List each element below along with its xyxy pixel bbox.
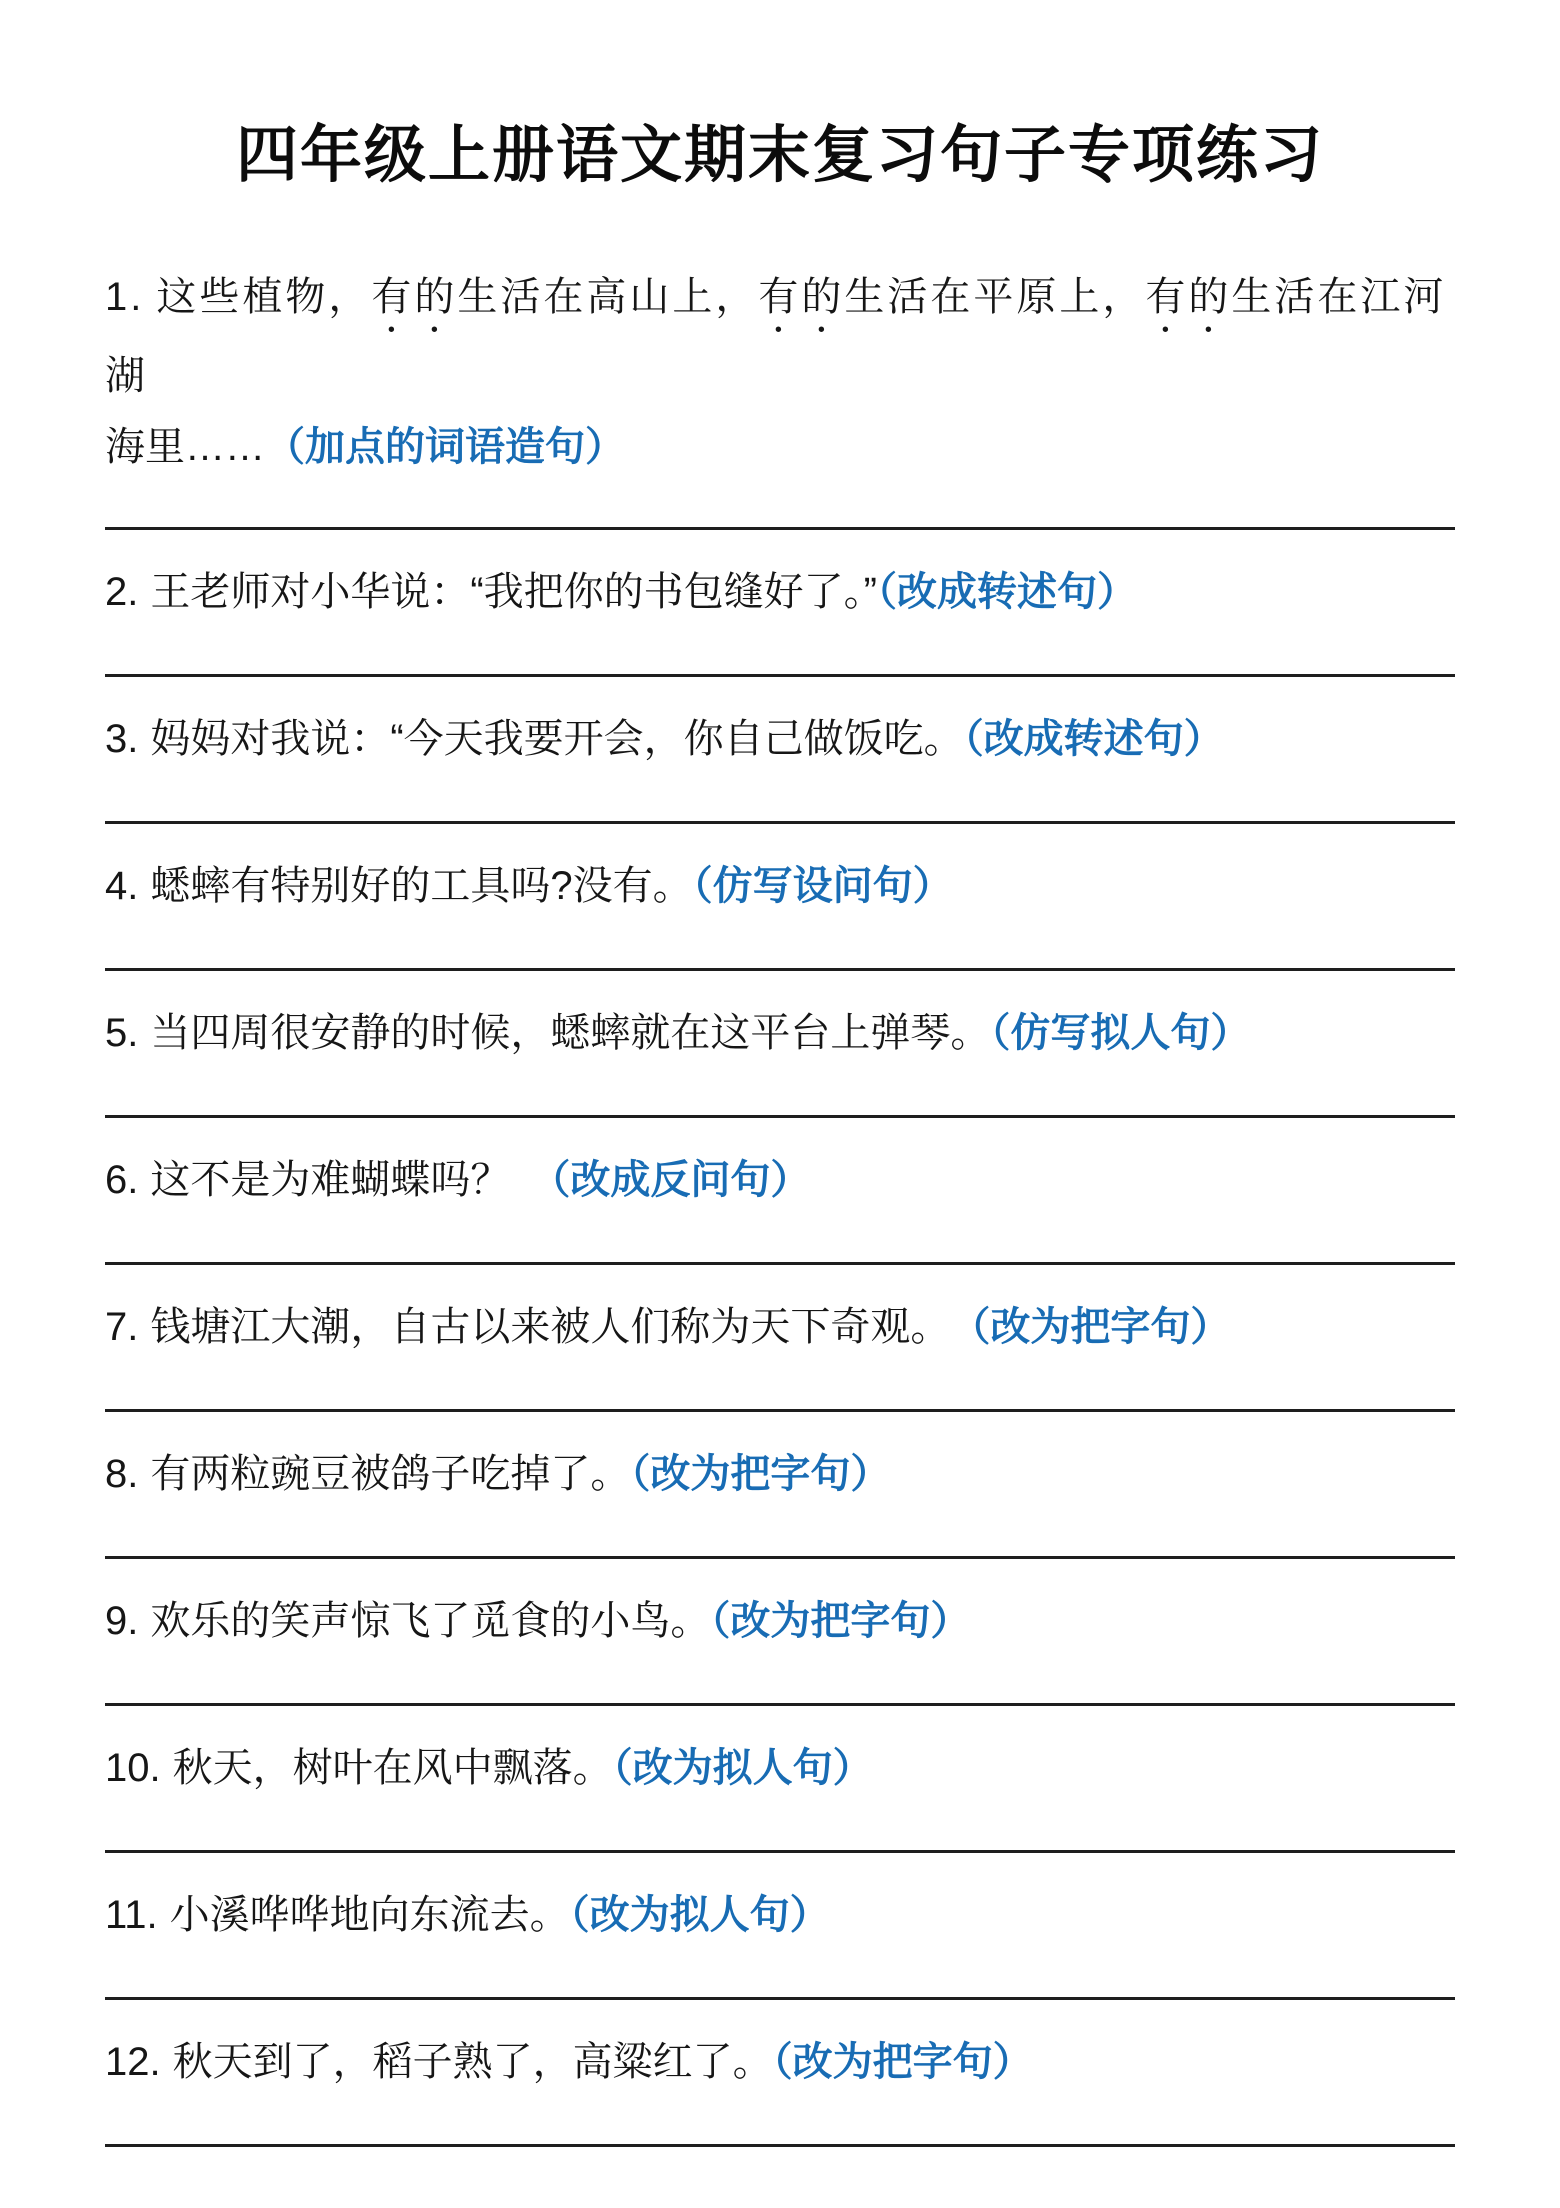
sentence: 11.小溪哗哗地向东流去。（改为拟人句） (105, 1884, 1455, 1946)
sentence-text: 这不是为难蝴蝶吗？ (150, 1158, 550, 1202)
sentence: 9.欢乐的笑声惊飞了觅食的小鸟。（改为把字句） (105, 1590, 1455, 1652)
item-number: 3. (105, 717, 138, 761)
instruction-note: （改为把字句） (773, 2040, 1033, 2084)
instruction-note: （改为拟人句） (570, 1893, 830, 1937)
instruction-note: （改为把字句） (970, 1305, 1230, 1349)
sentence-row: 1.这些植物，有的生活在高山上，有的生活在平原上，有的生活在江河湖 (105, 262, 1455, 412)
instruction-note: （改成转述句） (877, 570, 1137, 614)
worksheet-page: 四年级上册语文期末复习句子专项练习 1.这些植物，有的生活在高山上，有的生活在平… (0, 0, 1560, 2147)
sentence-text: 钱塘江大潮，自古以来被人们称为天下奇观。 (150, 1305, 970, 1349)
item-number: 5. (105, 1011, 138, 1055)
item-number: 11. (105, 1893, 158, 1937)
answer-line (105, 1703, 1455, 1706)
instruction-note: （改成反问句） (550, 1158, 810, 1202)
answer-line (105, 1556, 1455, 1559)
answer-line (105, 968, 1455, 971)
sentence-text: 有两粒豌豆被鸽子吃掉了。 (150, 1452, 630, 1496)
emphasized-text: 有的 (371, 275, 457, 319)
sentence-text: 秋天到了，稻子熟了，高粱红了。 (173, 2040, 773, 2084)
exercise-item: 9.欢乐的笑声惊飞了觅食的小鸟。（改为把字句） (105, 1590, 1455, 1706)
sentence-text: 秋天，树叶在风中飘落。 (173, 1746, 613, 1790)
answer-line (105, 1115, 1455, 1118)
answer-line (105, 1997, 1455, 2000)
sentence-text: 这些植物， (156, 275, 371, 319)
instruction-note: （加点的词语造句） (265, 425, 625, 469)
exercise-item: 10.秋天，树叶在风中飘落。（改为拟人句） (105, 1737, 1455, 1853)
instruction-note: （改成转述句） (964, 717, 1224, 761)
sentence-text: 生活在平原上， (844, 275, 1145, 319)
sentence-text: 欢乐的笑声惊飞了觅食的小鸟。 (150, 1599, 710, 1643)
sentence: 3.妈妈对我说：“今天我要开会，你自己做饭吃。（改成转述句） (105, 708, 1455, 770)
exercise-item: 3.妈妈对我说：“今天我要开会，你自己做饭吃。（改成转述句） (105, 708, 1455, 824)
answer-line (105, 1850, 1455, 1853)
instruction-note: （改为把字句） (630, 1452, 890, 1496)
sentence-text: 蟋蟀有特别好的工具吗?没有。 (150, 864, 692, 908)
sentence-row: 12.秋天到了，稻子熟了，高粱红了。（改为把字句） (105, 2031, 1455, 2093)
exercise-item: 2.王老师对小华说：“我把你的书包缝好了。”（改成转述句） (105, 561, 1455, 677)
item-number: 2. (105, 570, 138, 614)
instruction-note: （改为拟人句） (613, 1746, 873, 1790)
sentence: 1.这些植物，有的生活在高山上，有的生活在平原上，有的生活在江河湖海里……（加点… (105, 262, 1455, 483)
sentence-text: 海里…… (105, 425, 265, 469)
sentence: 12.秋天到了，稻子熟了，高粱红了。（改为把字句） (105, 2031, 1455, 2093)
sentence-row: 6.这不是为难蝴蝶吗？ （改成反问句） (105, 1149, 1455, 1211)
sentence-text: 生活在高山上， (457, 275, 758, 319)
sentence-row: 7.钱塘江大潮，自古以来被人们称为天下奇观。 （改为把字句） (105, 1296, 1455, 1358)
answer-line (105, 1409, 1455, 1412)
sentence-text: 王老师对小华说：“我把你的书包缝好了。” (150, 570, 877, 614)
exercise-item: 11.小溪哗哗地向东流去。（改为拟人句） (105, 1884, 1455, 2000)
sentence-row: 海里……（加点的词语造句） (105, 412, 1455, 483)
item-number: 4. (105, 864, 138, 908)
instruction-note: （仿写拟人句） (990, 1011, 1250, 1055)
sentence-row: 8.有两粒豌豆被鸽子吃掉了。（改为把字句） (105, 1443, 1455, 1505)
sentence-row: 10.秋天，树叶在风中飘落。（改为拟人句） (105, 1737, 1455, 1799)
sentence: 2.王老师对小华说：“我把你的书包缝好了。”（改成转述句） (105, 561, 1455, 623)
answer-line (105, 674, 1455, 677)
sentence-row: 3.妈妈对我说：“今天我要开会，你自己做饭吃。（改成转述句） (105, 708, 1455, 770)
item-number: 1. (105, 275, 144, 319)
sentence-text: 小溪哗哗地向东流去。 (170, 1893, 570, 1937)
sentence: 6.这不是为难蝴蝶吗？ （改成反问句） (105, 1149, 1455, 1211)
sentence-row: 4.蟋蟀有特别好的工具吗?没有。（仿写设问句） (105, 855, 1455, 917)
exercise-item: 6.这不是为难蝴蝶吗？ （改成反问句） (105, 1149, 1455, 1265)
answer-line (105, 1262, 1455, 1265)
exercise-list: 1.这些植物，有的生活在高山上，有的生活在平原上，有的生活在江河湖海里……（加点… (105, 262, 1455, 2147)
item-number: 9. (105, 1599, 138, 1643)
sentence-text: 妈妈对我说：“今天我要开会，你自己做饭吃。 (150, 717, 963, 761)
item-number: 12. (105, 2040, 161, 2084)
exercise-item: 12.秋天到了，稻子熟了，高粱红了。（改为把字句） (105, 2031, 1455, 2147)
item-number: 7. (105, 1305, 138, 1349)
exercise-item: 5.当四周很安静的时候，蟋蟀就在这平台上弹琴。（仿写拟人句） (105, 1002, 1455, 1118)
sentence: 7.钱塘江大潮，自古以来被人们称为天下奇观。 （改为把字句） (105, 1296, 1455, 1358)
item-number: 6. (105, 1158, 138, 1202)
sentence-row: 9.欢乐的笑声惊飞了觅食的小鸟。（改为把字句） (105, 1590, 1455, 1652)
emphasized-text: 有的 (1145, 275, 1231, 319)
answer-line (105, 821, 1455, 824)
exercise-item: 4.蟋蟀有特别好的工具吗?没有。（仿写设问句） (105, 855, 1455, 971)
sentence: 4.蟋蟀有特别好的工具吗?没有。（仿写设问句） (105, 855, 1455, 917)
sentence-row: 5.当四周很安静的时候，蟋蟀就在这平台上弹琴。（仿写拟人句） (105, 1002, 1455, 1064)
exercise-item: 8.有两粒豌豆被鸽子吃掉了。（改为把字句） (105, 1443, 1455, 1559)
exercise-item: 7.钱塘江大潮，自古以来被人们称为天下奇观。 （改为把字句） (105, 1296, 1455, 1412)
exercise-item: 1.这些植物，有的生活在高山上，有的生活在平原上，有的生活在江河湖海里……（加点… (105, 262, 1455, 530)
answer-line (105, 2144, 1455, 2147)
answer-line (105, 527, 1455, 530)
sentence-text: 当四周很安静的时候，蟋蟀就在这平台上弹琴。 (150, 1011, 990, 1055)
instruction-note: （改为把字句） (710, 1599, 970, 1643)
sentence: 10.秋天，树叶在风中飘落。（改为拟人句） (105, 1737, 1455, 1799)
sentence-row: 11.小溪哗哗地向东流去。（改为拟人句） (105, 1884, 1455, 1946)
sentence: 5.当四周很安静的时候，蟋蟀就在这平台上弹琴。（仿写拟人句） (105, 1002, 1455, 1064)
item-number: 8. (105, 1452, 138, 1496)
sentence: 8.有两粒豌豆被鸽子吃掉了。（改为把字句） (105, 1443, 1455, 1505)
page-title: 四年级上册语文期末复习句子专项练习 (105, 0, 1455, 200)
emphasized-text: 有的 (758, 275, 844, 319)
instruction-note: （仿写设问句） (693, 864, 953, 908)
sentence-row: 2.王老师对小华说：“我把你的书包缝好了。”（改成转述句） (105, 561, 1455, 623)
item-number: 10. (105, 1746, 161, 1790)
